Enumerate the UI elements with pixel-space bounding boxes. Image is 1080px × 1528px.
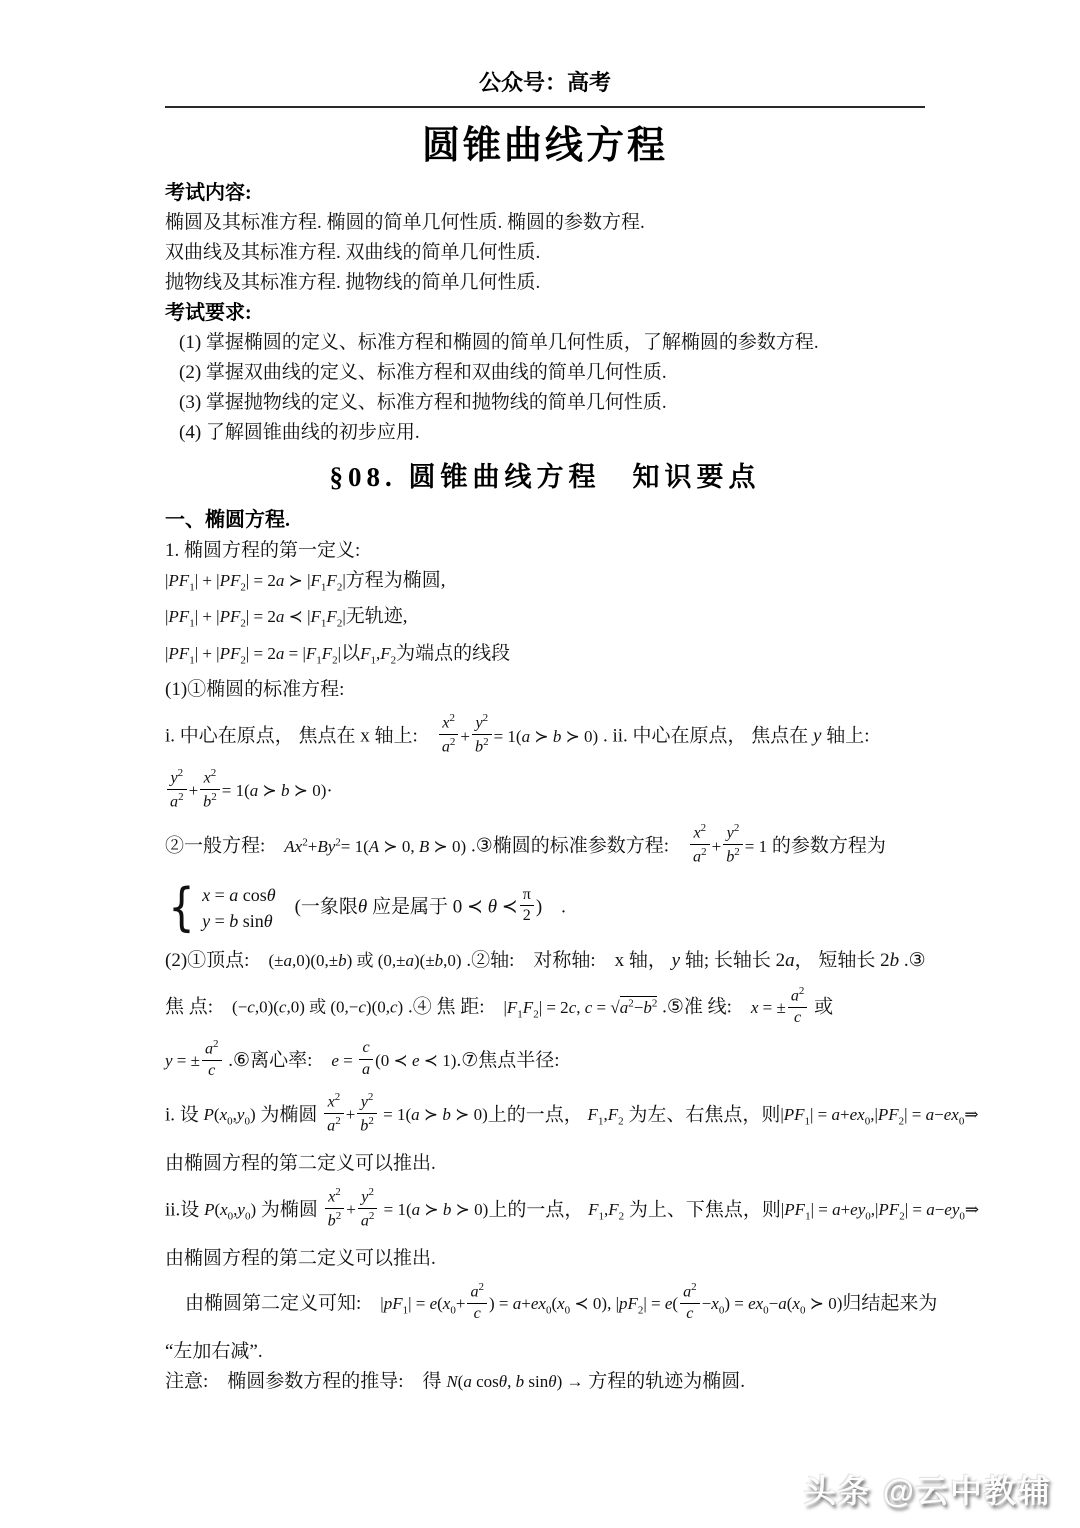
page-title: 圆锥曲线方程	[165, 122, 925, 170]
derivation-note-i: 由椭圆方程的第二定义可以推出.	[165, 1149, 925, 1179]
math-line-vertices: (2)①顶点: (±a,0)(0,±b) 或 (0,±a)(±b,0) .②轴:…	[165, 946, 925, 976]
first-definition-heading: 1. 椭圆方程的第一定义:	[165, 536, 925, 566]
requirement-item: (2) 掌握双曲线的定义、标准方程和双曲线的简单几何性质.	[165, 358, 925, 388]
math-line-second-definition: 由椭圆第二定义可知: |pF1| = e(x0+a2c) = a+ex0(x0 …	[165, 1284, 925, 1328]
requirement-item: (1) 掌握椭圆的定义、标准方程和椭圆的简单几何性质，了解椭圆的参数方程.	[165, 328, 925, 358]
header-divider	[165, 106, 925, 108]
math-line-definition-2: |PF1| + |PF2| = 2a ≺ |F1F2|无轨迹,	[165, 602, 925, 638]
exam-content-heading: 考试内容:	[165, 178, 925, 208]
exam-requirements-heading: 考试要求:	[165, 298, 925, 328]
document-page: 公众号：高考 圆锥曲线方程 考试内容: 椭圆及其标准方程. 椭圆的简单几何性质.…	[0, 0, 1080, 1528]
watermark: 头条 @云中教辅	[804, 1476, 1052, 1506]
math-line-foci: 焦 点: (−c,0)(c,0) 或 (0,−c)(0,c) .④ 焦 距: |…	[165, 986, 925, 1031]
math-line-focal-radius-i: i. 设 P(x0,y0) 为椭圆 x2a2+y2b2 = 1(a ≻ b ≻ …	[165, 1094, 925, 1139]
exam-content-line: 双曲线及其标准方程. 双曲线的简单几何性质.	[165, 238, 925, 268]
math-line-axis-x: i. 中心在原点， 焦点在 x 轴上: x2a2+y2b2= 1(a ≻ b ≻…	[165, 715, 925, 760]
math-line-axis-y-formula: y2a2+x2b2= 1(a ≻ b ≻ 0)·	[165, 770, 925, 815]
note-line: 注意: 椭圆参数方程的推导: 得 N(a cosθ, b sinθ) → 方程的…	[165, 1367, 925, 1397]
derivation-note-ii: 由椭圆方程的第二定义可以推出.	[165, 1244, 925, 1274]
math-line-definition-3: |PF1| + |PF2| = 2a = |F1F2|以F1,F2为端点的线段	[165, 639, 925, 675]
math-line-directrix-eccentricity: y = ±a2c .⑥离心率: e = ca(0 ≺ e ≺ 1).⑦焦点半径:	[165, 1041, 925, 1084]
standard-equation-label: (1)①椭圆的标准方程:	[165, 675, 925, 705]
math-line-definition-1: |PF1| + |PF2| = 2a ≻ |F1F2|方程为椭圆,	[165, 566, 925, 602]
exam-content-line: 抛物线及其标准方程. 抛物线的简单几何性质.	[165, 268, 925, 298]
mnemonic-line: “左加右减”.	[165, 1337, 925, 1367]
math-line-general-equation: ②一般方程: Ax2+By2= 1(A ≻ 0, B ≻ 0) .③椭圆的标准参…	[165, 825, 925, 870]
math-line-parametric-system: {x = a cosθy = b sinθ (一象限θ 应是属于 0 ≺ θ ≺…	[165, 882, 925, 934]
requirement-item: (4) 了解圆锥曲线的初步应用.	[165, 418, 925, 448]
part-heading-ellipse: 一、椭圆方程.	[165, 504, 925, 536]
header-account-label: 公众号：高考	[165, 70, 925, 96]
requirement-item: (3) 掌握抛物线的定义、标准方程和抛物线的简单几何性质.	[165, 388, 925, 418]
exam-content-line: 椭圆及其标准方程. 椭圆的简单几何性质. 椭圆的参数方程.	[165, 208, 925, 238]
section-heading: §08. 圆锥曲线方程 知识要点	[165, 458, 925, 496]
math-line-focal-radius-ii: ii.设 P(x0,y0) 为椭圆 x2b2+y2a2 = 1(a ≻ b ≻ …	[165, 1189, 925, 1234]
